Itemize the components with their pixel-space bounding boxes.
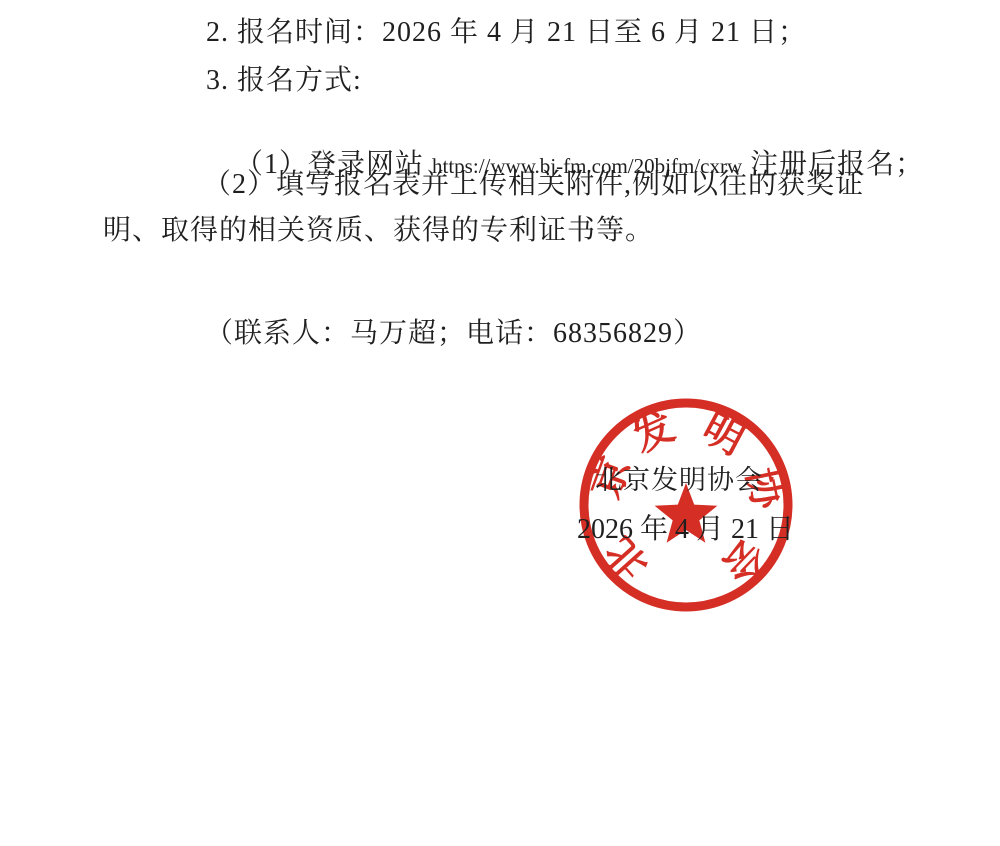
seal-org-name: 北京发明协会	[595, 458, 763, 497]
body-line-method-2b: 明、取得的相关资质、获得的专利证书等。	[103, 214, 654, 248]
document-page: 2. 报名时间：2026 年 4 月 21 日至 6 月 21 日； 3. 报名…	[0, 0, 1000, 846]
body-line-contact: （联系人：马万超；电话：68356829）	[205, 317, 702, 351]
body-line-method-2a: （2）填写报名表并上传相关附件,例如以往的获奖证	[203, 168, 864, 202]
official-seal: 北京发明协会	[566, 385, 806, 625]
seal-date: 2026 年 4 月 21 日	[577, 507, 794, 547]
body-line-registration-time: 2. 报名时间：2026 年 4 月 21 日至 6 月 21 日；	[206, 16, 807, 50]
seal-ring-char: 发	[626, 403, 681, 460]
body-line-registration-method: 3. 报名方式:	[206, 64, 362, 98]
seal-ring-char: 明	[695, 405, 751, 464]
